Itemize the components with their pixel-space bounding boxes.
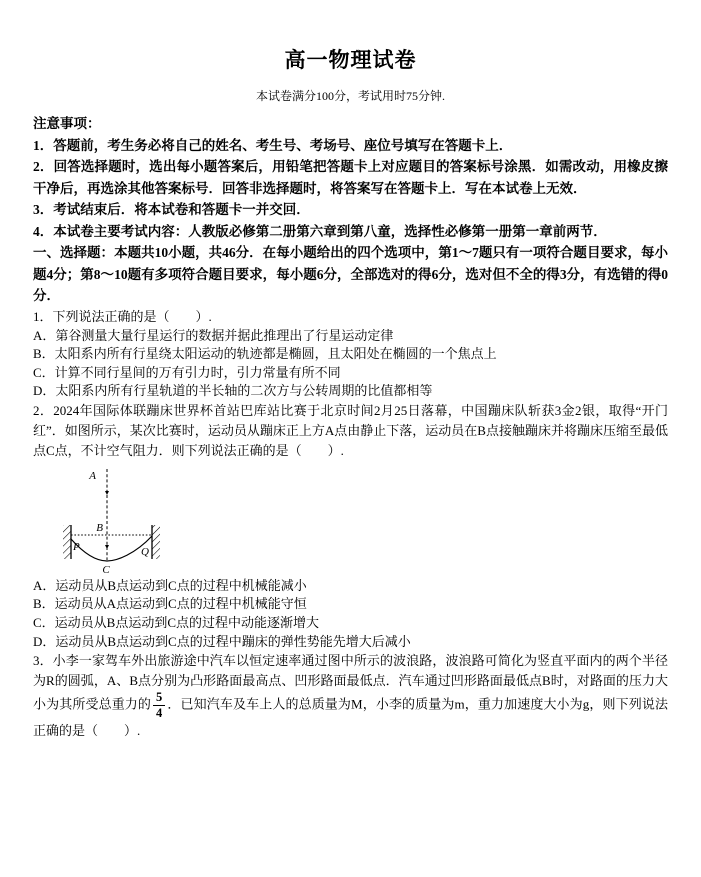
question-1-option-c: C．计算不同行星间的万有引力时，引力常量有所不同: [33, 364, 668, 383]
fall-direction-arrow-lower: [105, 545, 109, 549]
question-1-option-d: D．太阳系内所有行星轨道的半长轴的二次方与公转周期的比值都相等: [33, 382, 668, 401]
question-2-option-d: D．运动员从B点运动到C点的过程中蹦床的弹性势能先增大后减小: [33, 633, 668, 652]
question-1-option-a: A．第谷测量大量行星运行的数据并据此推理出了行星运动定律: [33, 327, 668, 346]
exam-page: 高一物理试卷 本试卷满分100分，考试用时75分钟. 注意事项： 1．答题前，考…: [0, 0, 701, 877]
question-2-option-b: B．运动员从A点运动到C点的过程中机械能守恒: [33, 595, 668, 614]
page-title: 高一物理试卷: [0, 0, 701, 74]
trampoline-diagram: A B P Q C: [59, 465, 189, 575]
notice-heading: 注意事项：: [33, 113, 668, 135]
fraction-numerator: 5: [153, 691, 165, 706]
question-3-stem: 3．小李一家驾车外出旅游途中汽车以恒定速率通过图中所示的波浪路，波浪路可简化为竖…: [33, 651, 668, 740]
notice-item-1: 1．答题前，考生务必将自己的姓名、考生号、考场号、座位号填写在答题卡上．: [33, 135, 668, 157]
question-1-stem: 1．下列说法正确的是（ ）.: [33, 307, 668, 327]
question-2-option-a: A．运动员从B点运动到C点的过程中机械能减小: [33, 577, 668, 596]
left-support-wall: [63, 525, 71, 559]
notice-item-3: 3．考试结束后．将本试卷和答题卡一并交回．: [33, 199, 668, 221]
fraction-denominator: 4: [153, 706, 165, 720]
trampoline-curve: [71, 536, 152, 561]
question-1-option-b: B．太阳系内所有行星绕太阳运动的轨迹都是椭圆，且太阳处在椭圆的一个焦点上: [33, 345, 668, 364]
right-support-wall: [152, 525, 160, 559]
figure-label-C: C: [102, 564, 110, 575]
figure-label-P: P: [72, 541, 80, 553]
figure-label-A: A: [88, 470, 96, 482]
figure-label-Q: Q: [141, 546, 149, 558]
fraction-five-fourths: 54: [153, 691, 165, 720]
notice-item-4: 4．本试卷主要考试内容：人教版必修第二册第六章到第八童，选择性必修第一册第一章前…: [33, 221, 668, 243]
figure-label-B: B: [96, 522, 103, 534]
question-2-option-c: C．运动员从B点运动到C点的过程中动能逐渐增大: [33, 614, 668, 633]
question-2-stem: 2．2024年国际体联蹦床世界杯首站巴库站比赛于北京时间2月25日落幕，中国蹦床…: [33, 401, 668, 461]
section-1-header: 一、选择题：本题共10小题，共46分．在每小题给出的四个选项中，第1～7题只有一…: [33, 242, 668, 307]
fall-direction-arrow-upper: [105, 491, 109, 495]
exam-subtitle: 本试卷满分100分，考试用时75分钟.: [0, 87, 701, 104]
exam-body: 注意事项： 1．答题前，考生务必将自己的姓名、考生号、考场号、座位号填写在答题卡…: [33, 113, 668, 741]
notice-item-2: 2．回答选择题时，选出每小题答案后，用铅笔把答题卡上对应题目的答案标号涂黑．如需…: [33, 156, 668, 199]
